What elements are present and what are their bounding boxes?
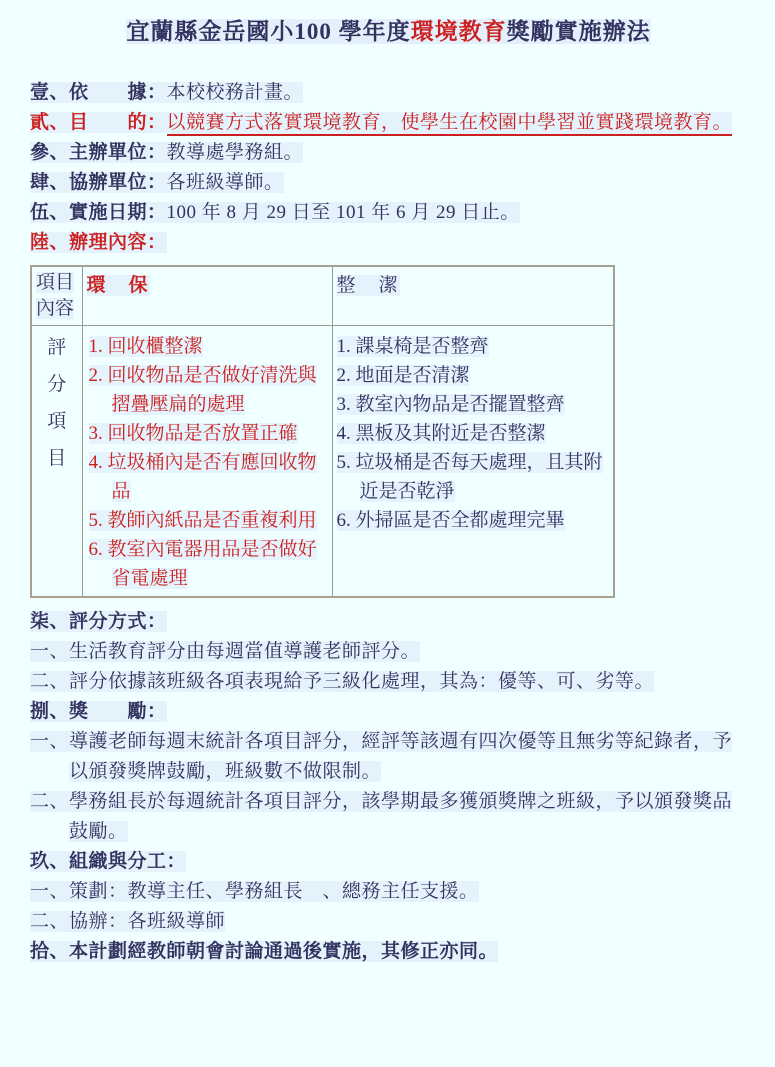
clean-item: 3. 教室內物品是否擺置整齊 [337,390,610,419]
title-text-right: 獎勵實施辦法 [507,19,651,44]
organization-item-2: 二、協辦：各班級導師 [30,907,747,937]
column-header-environment: 環 保 [82,266,332,326]
column-header-cleanliness: 整 潔 [332,266,614,326]
clean-item: 4. 黑板及其附近是否整潔 [337,419,610,448]
section-organization-heading: 玖、組織與分工： [30,847,747,877]
rewards-label: 捌、獎 勵： [30,701,167,722]
score-items-table: 項目 內容 環 保 整 潔 評分項目 1. 回收櫃整潔 2. 回收物品是否做好清… [30,265,615,598]
table-corner-cell: 項目 內容 [31,266,82,326]
row-label-cell: 評分項目 [31,326,82,598]
item-number: 二、 [30,791,69,812]
rewards-item-2: 二、學務組長於每週統計各項目評分，該學期最多獲頒獎牌之班級，予以頒發獎品鼓勵。 [30,787,747,847]
environment-items-cell: 1. 回收櫃整潔 2. 回收物品是否做好清洗與摺疊壓扁的處理 3. 回收物品是否… [82,326,332,598]
env-item: 2. 回收物品是否做好清洗與摺疊壓扁的處理 [89,361,328,419]
scoring-method-label: 柒、評分方式： [30,611,167,632]
corner-line1: 項目 [36,272,74,293]
section-organizer-text: 教導處學務組。 [167,142,304,163]
implementation-label: 拾、 [30,941,69,962]
section-organizer-label: 參、主辦單位： [30,142,167,163]
section-basis: 壹、依 據：本校校務計畫。 [30,78,747,108]
section-basis-text: 本校校務計畫。 [167,82,304,103]
section-coorganizer: 肆、協辦單位：各班級導師。 [30,168,747,198]
corner-line2: 內容 [36,298,74,319]
table-body-row: 評分項目 1. 回收櫃整潔 2. 回收物品是否做好清洗與摺疊壓扁的處理 3. 回… [31,326,614,598]
section-scoring-method-heading: 柒、評分方式： [30,607,747,637]
item-text: 評分依據該班級各項表現給予三級化處理，其為：優等、可、劣等。 [69,671,654,692]
page-title: 宜蘭縣金岳國小100 學年度環境教育獎勵實施辦法 [30,16,747,48]
item-number: 二、 [30,911,69,932]
section-dates: 伍、實施日期：100 年 8 月 29 日至 101 年 6 月 29 日止。 [30,198,747,228]
clean-item: 1. 課桌椅是否整齊 [337,332,610,361]
item-number: 一、 [30,641,69,662]
clean-item: 6. 外掃區是否全都處理完畢 [337,506,610,535]
env-item: 1. 回收櫃整潔 [89,332,328,361]
section-organizer: 參、主辦單位：教導處學務組。 [30,138,747,168]
item-text: 生活教育評分由每週當值導護老師評分。 [69,641,420,662]
env-item: 3. 回收物品是否放置正確 [89,419,328,448]
section-content-label: 陸、辦理內容： [30,232,167,253]
implementation-text: 本計劃經教師朝會討論通過後實施，其修正亦同。 [69,941,498,962]
item-text: 學務組長於每週統計各項目評分，該學期最多獲頒獎牌之班級，予以頒發獎品鼓勵。 [69,791,732,842]
table-header-row: 項目 內容 環 保 整 潔 [31,266,614,326]
row-label-scoring-items: 評分項目 [47,329,66,477]
section-purpose-text: 以競賽方式落實環境教育，使學生在校園中學習並實踐環境教育。 [167,112,733,136]
item-number: 一、 [30,731,69,752]
section-implementation: 拾、本計劃經教師朝會討論通過後實施，其修正亦同。 [30,937,747,967]
item-number: 二、 [30,671,69,692]
title-text-left: 宜蘭縣金岳國小100 學年度 [126,19,410,44]
section-content-heading: 陸、辦理內容： [30,228,747,258]
item-text: 策劃：教導主任、學務組長 、總務主任支援。 [69,881,479,902]
rewards-item-1: 一、導護老師每週末統計各項目評分，經評等該週有四次優等且無劣等紀錄者，予以頒發獎… [30,727,747,787]
item-text: 協辦：各班級導師 [69,911,225,932]
clean-item: 5. 垃圾桶是否每天處理，且其附近是否乾淨 [337,448,610,506]
document-page: 宜蘭縣金岳國小100 學年度環境教育獎勵實施辦法 壹、依 據：本校校務計畫。 貳… [0,0,775,1067]
organization-item-1: 一、策劃：教導主任、學務組長 、總務主任支援。 [30,877,747,907]
section-coorganizer-label: 肆、協辦單位： [30,172,167,193]
section-purpose: 貳、目 的：以競賽方式落實環境教育，使學生在校園中學習並實踐環境教育。 [30,108,747,138]
scoring-method-item-2: 二、評分依據該班級各項表現給予三級化處理，其為：優等、可、劣等。 [30,667,747,697]
title-text-highlight: 環境教育 [411,19,507,44]
env-item: 5. 教師內紙品是否重複利用 [89,506,328,535]
item-text: 導護老師每週末統計各項目評分，經評等該週有四次優等且無劣等紀錄者，予以頒發獎牌鼓… [69,731,732,782]
organization-label: 玖、組織與分工： [30,851,186,872]
item-number: 一、 [30,881,69,902]
scoring-method-item-1: 一、生活教育評分由每週當值導護老師評分。 [30,637,747,667]
env-item: 6. 教室內電器用品是否做好省電處理 [89,535,328,593]
section-purpose-label: 貳、目 的： [30,112,167,133]
section-dates-text: 100 年 8 月 29 日至 101 年 6 月 29 日止。 [167,202,520,223]
section-coorganizer-text: 各班級導師。 [167,172,284,193]
section-dates-label: 伍、實施日期： [30,202,167,223]
clean-item: 2. 地面是否清潔 [337,361,610,390]
cleanliness-items-cell: 1. 課桌椅是否整齊 2. 地面是否清潔 3. 教室內物品是否擺置整齊 4. 黑… [332,326,614,598]
section-rewards-heading: 捌、獎 勵： [30,697,747,727]
env-item: 4. 垃圾桶內是否有應回收物品 [89,448,328,506]
section-basis-label: 壹、依 據： [30,82,167,103]
